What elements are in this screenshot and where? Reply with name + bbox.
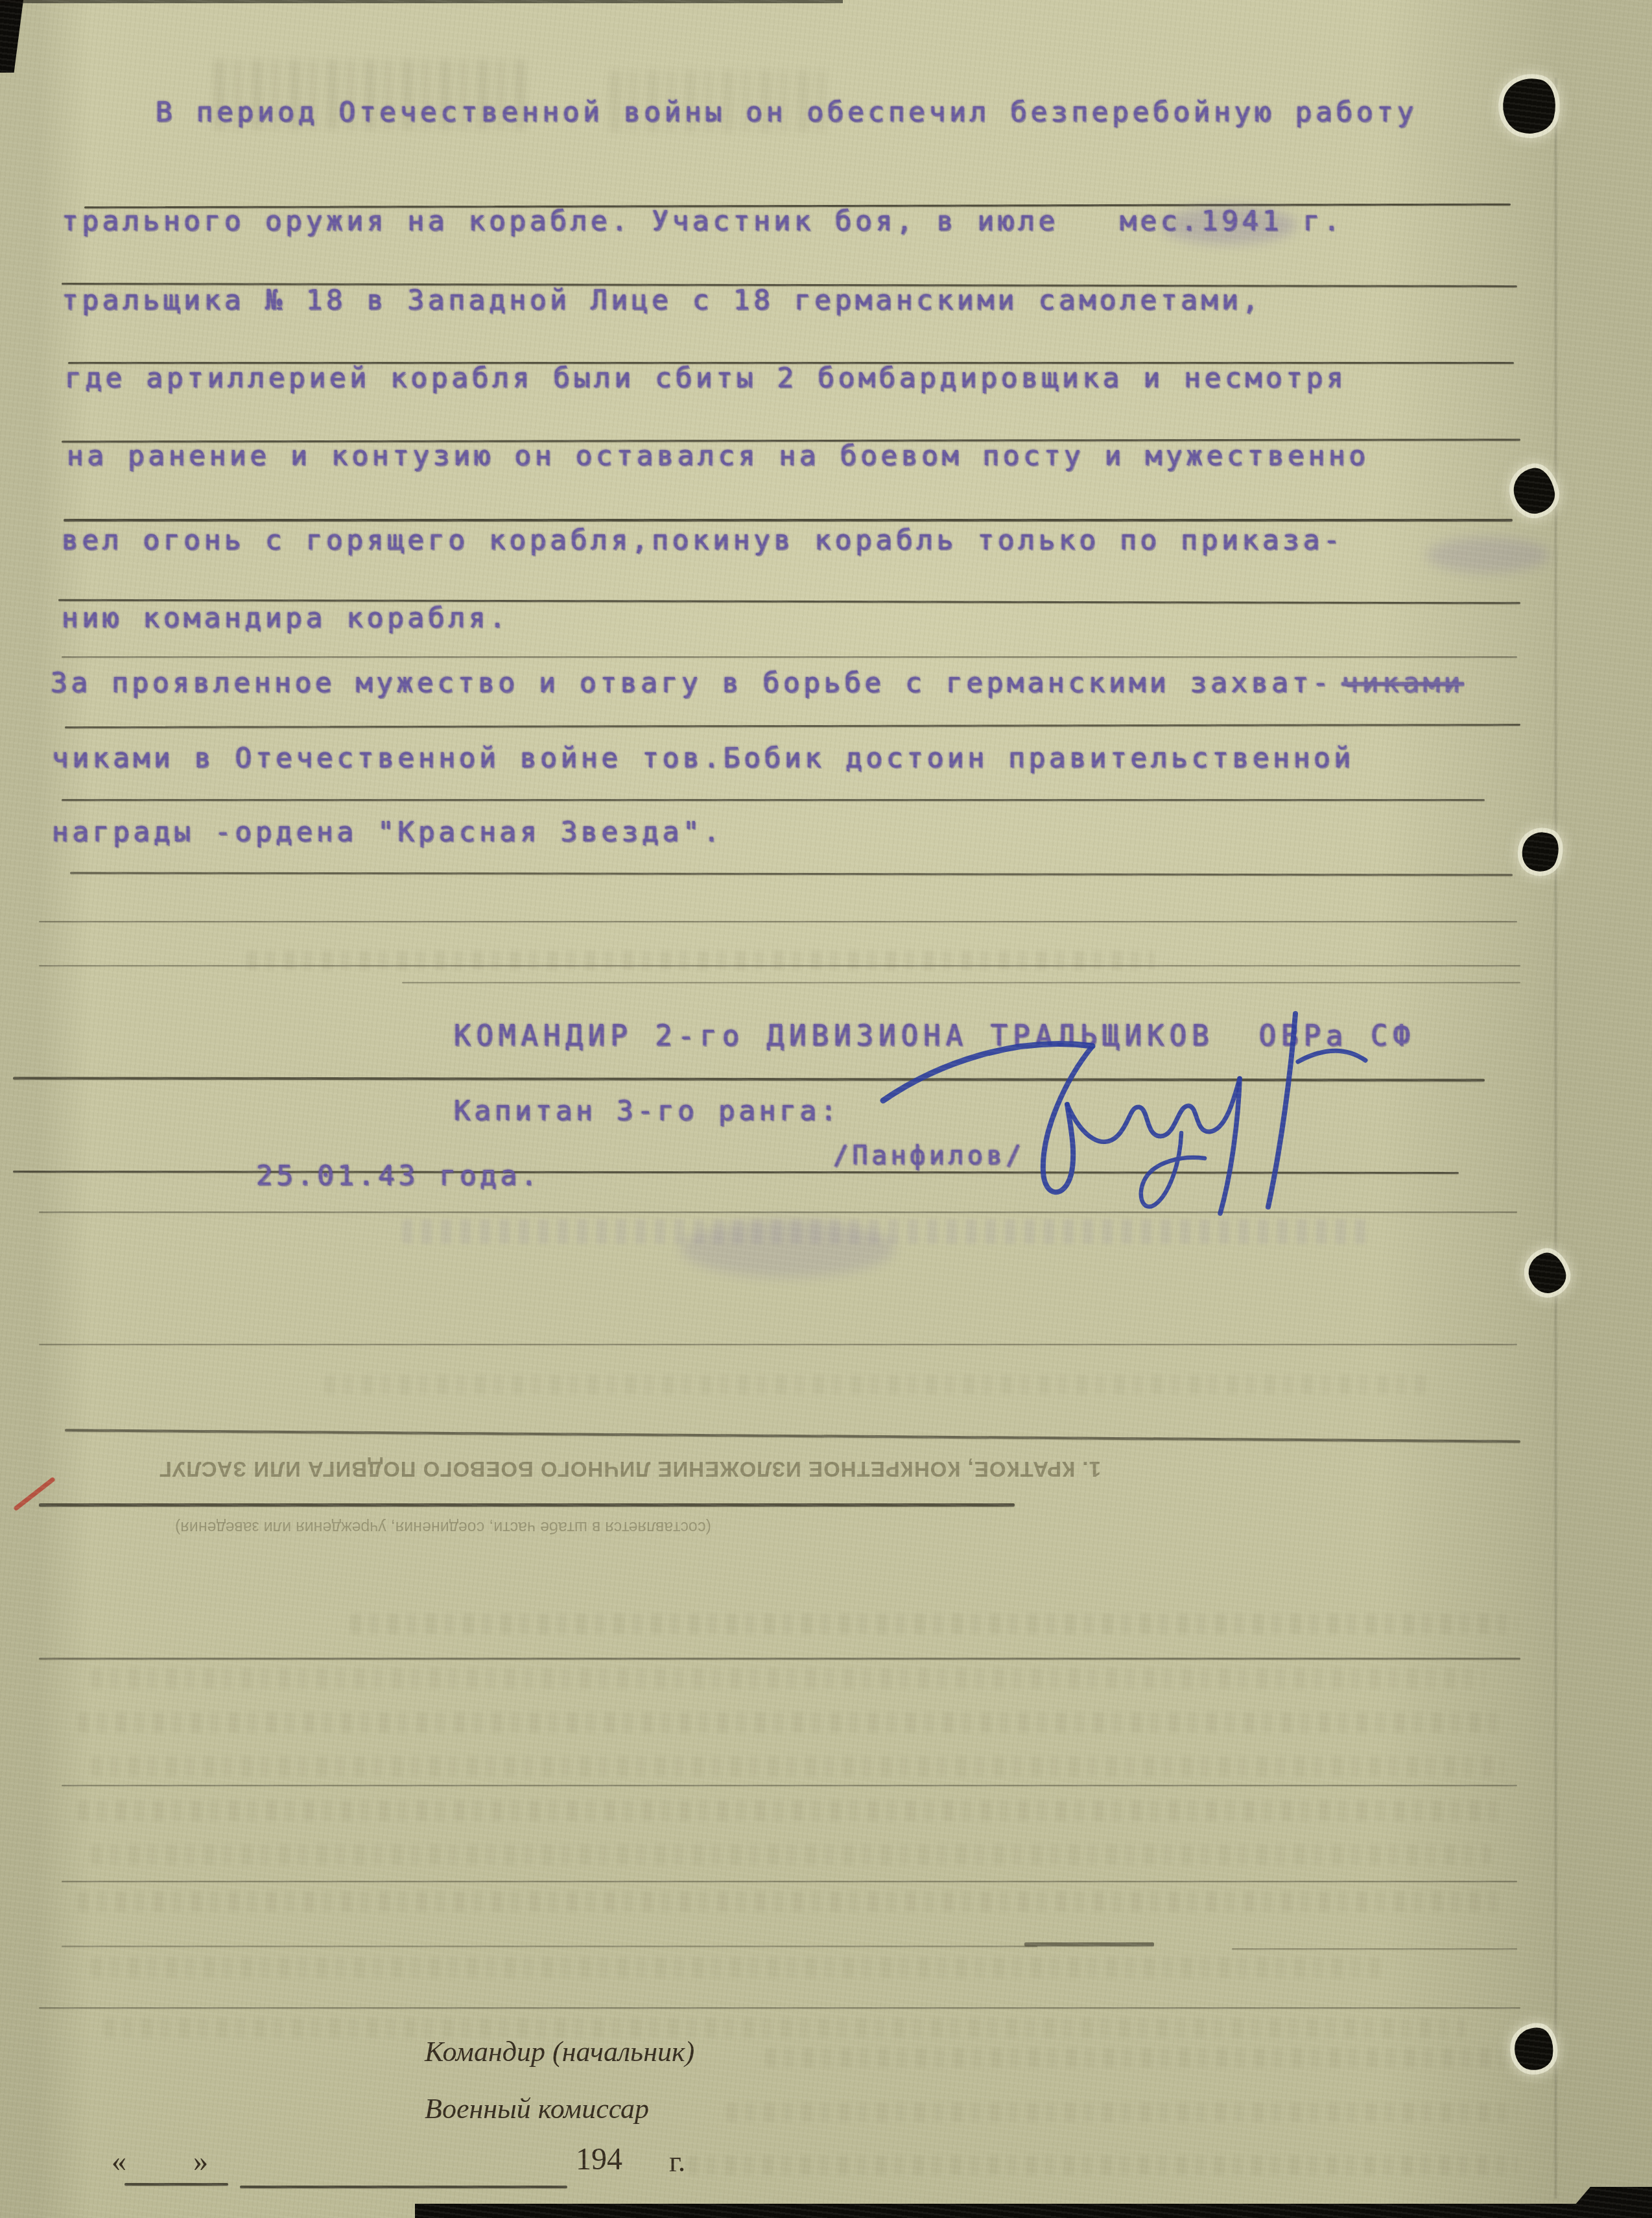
hole-punch: [1512, 2025, 1557, 2073]
scan-edge: [0, 0, 23, 73]
ruled-line: [62, 1881, 1517, 1882]
bleedthrough-row: [78, 1800, 1504, 1821]
footer-year-suffix: г.: [669, 2144, 685, 2178]
ruled-line: [68, 362, 1514, 364]
ink-smudge: [681, 1219, 895, 1278]
ruled-line: [70, 872, 1513, 876]
hole-punch: [1510, 465, 1557, 517]
bleedthrough-row: [350, 1614, 1517, 1634]
ruled-line: [65, 1429, 1520, 1443]
body-line: тральщика № 18 в Западной Лице с 18 герм…: [62, 287, 1262, 315]
ruled-line: [1232, 1948, 1517, 1950]
paper-fold-line: [1555, 78, 1557, 2199]
hole-punch: [1524, 1248, 1570, 1297]
footer-commissar-label: Военный комиссар: [425, 2092, 649, 2125]
footer-quote-close: »: [193, 2144, 208, 2178]
bleedthrough-row: [91, 1844, 1491, 1865]
body-line: нию командира корабля.: [62, 604, 510, 632]
handwritten-signature: [875, 1002, 1381, 1222]
bleedthrough-row: [726, 2103, 1517, 2122]
scan-edge: [415, 2204, 1652, 2218]
ruled-line: [240, 2186, 567, 2188]
bleedthrough-row: [78, 1712, 1504, 1733]
hole-punch: [1516, 826, 1564, 877]
ink-smudge: [1426, 537, 1550, 573]
body-line-text: За проявленное мужество и отвагу в борьб…: [51, 667, 1332, 699]
ruled-line: [402, 982, 1520, 983]
bleedthrough-section-subheading: (составляется в штабе части, соединения,…: [175, 1518, 711, 1536]
ruled-line: [124, 2183, 228, 2186]
bleedthrough-section-heading: 1. КРАТКОЕ, КОНКРЕТНОЕ ИЗЛОЖЕНИЕ ЛИЧНОГО…: [159, 1457, 1101, 1481]
body-line: награды -ордена "Красная Звезда".: [52, 818, 724, 846]
bleedthrough-row: [765, 2048, 1517, 2068]
struck-out-word: чиками: [1341, 667, 1463, 699]
body-line: В период Отечественной войны он обеспечи…: [156, 99, 1417, 126]
ruled-line: [39, 921, 1517, 922]
bleedthrough-row: [91, 1957, 1387, 1978]
footer-year-prefix: 194: [576, 2141, 622, 2177]
date-line: 25.01.43 года.: [256, 1162, 541, 1190]
bleedthrough-row: [687, 2156, 1517, 2175]
ruled-line: [65, 724, 1520, 728]
ruled-line: [1024, 1942, 1154, 1946]
ruled-line: [62, 1946, 1037, 1947]
ruled-line: [39, 1658, 1520, 1660]
body-line: вел огонь с горящего корабля,покинув кор…: [62, 527, 1343, 554]
rank-line: Капитан 3-го ранга:: [454, 1097, 840, 1125]
bleedthrough-row: [91, 1756, 1504, 1777]
footer-commander-label: Командир (начальник): [425, 2035, 694, 2068]
bleedthrough-row: [324, 1375, 1426, 1394]
scan-edge: [0, 0, 843, 3]
ink-smudge: [1161, 206, 1297, 244]
bleedthrough-row: [104, 2018, 1465, 2038]
body-line: За проявленное мужество и отвагу в борьб…: [51, 669, 1464, 697]
ruled-line: [62, 799, 1485, 801]
scanned-award-document-page: В период Отечественной войны он обеспечи…: [0, 0, 1652, 2218]
body-line: трального оружия на корабле. Участник бо…: [62, 208, 1343, 235]
body-line: чиками в Отечественной войне тов.Бобик д…: [52, 745, 1354, 772]
bleedthrough-row: [246, 951, 1154, 970]
ruled-line: [39, 2007, 1520, 2009]
footer-quote-open: «: [112, 2144, 126, 2178]
ruled-line: [62, 1785, 1517, 1786]
bleedthrough-row: [78, 1891, 1504, 1912]
bleedthrough-row: [91, 1668, 1485, 1689]
ruled-line: [39, 1503, 1015, 1507]
body-line: где артиллерией корабля были сбиты 2 бом…: [65, 364, 1347, 392]
ruled-line: [39, 1344, 1517, 1345]
scan-edge: [1564, 2187, 1652, 2218]
ruled-line: [62, 656, 1517, 658]
ruled-line: [64, 519, 1513, 521]
hole-punch: [1497, 72, 1562, 139]
body-line: на ранение и контузию он оставался на бо…: [67, 442, 1369, 470]
